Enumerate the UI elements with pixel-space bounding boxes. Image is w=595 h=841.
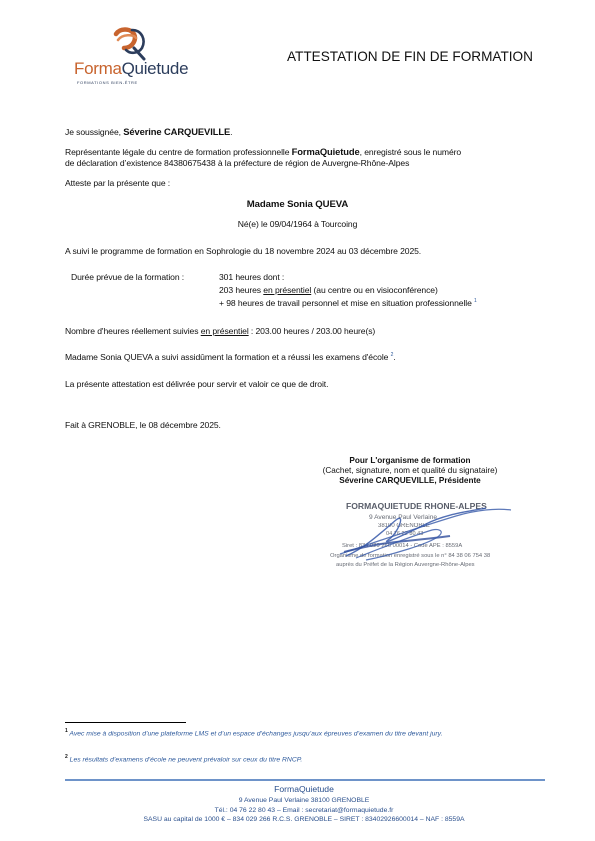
- footer-separator: [65, 779, 545, 781]
- footer-address: 9 Avenue Paul Verlaine 38100 GRENOBLE: [0, 797, 595, 804]
- hours-line: Nombre d'heures réellement suivies en pr…: [65, 326, 375, 336]
- hours-underlined: en présentiel: [201, 326, 249, 336]
- footnote-2: 2 Les résultats d’examens d’école ne peu…: [65, 754, 302, 763]
- company-stamp: FORMAQUIETUDE RHONE-ALPES 9 Avenue Paul …: [336, 498, 526, 580]
- trainee-name: Madame Sonia QUEVA: [0, 199, 595, 210]
- footnote-2-text: Les résultats d’examens d’école ne peuve…: [70, 756, 303, 763]
- footer-contact: Tél.: 04 76 22 80 43 – Email : secretari…: [0, 807, 595, 814]
- logo-quietude: Quietude: [122, 59, 189, 78]
- hours-value: : 203.00 heures / 203.00 heure(s): [249, 326, 376, 336]
- duration-personal-text: + 98 heures de travail personnel et mise…: [219, 298, 474, 308]
- signature-org-label: Pour L'organisme de formation: [290, 456, 530, 465]
- logo-q-icon: [110, 26, 150, 62]
- duration-total: 301 heures dont :: [219, 272, 284, 282]
- logo-tagline: FORMATIONS BIEN-ÊTRE: [77, 80, 138, 85]
- closing-line: La présente attestation est délivrée pou…: [65, 379, 328, 389]
- success-line: Madame Sonia QUEVA a suivi assidûment la…: [65, 352, 396, 362]
- duration-presential-prefix: 203 heures: [219, 285, 263, 295]
- handwritten-signature: [336, 498, 526, 580]
- duration-label: Durée prévue de la formation :: [71, 272, 184, 282]
- document-title: ATTESTATION DE FIN DE FORMATION: [287, 49, 533, 64]
- duration-presential-underlined: en présentiel: [263, 285, 311, 295]
- footnote-1-text: Avec mise à disposition d’une plateforme…: [69, 730, 442, 737]
- rep-prefix: Représentante légale du centre de format…: [65, 147, 292, 157]
- footer-company: FormaQuietude: [0, 784, 595, 794]
- footer-legal: SASU au capital de 1000 € – 834 029 266 …: [0, 816, 595, 823]
- duration-presential-suffix: (au centre ou en visioconférence): [311, 285, 438, 295]
- company-logo: FormaQuietude FORMATIONS BIEN-ÊTRE: [74, 26, 194, 90]
- trainee-birth: Né(e) le 09/04/1964 à Tourcoing: [0, 219, 595, 229]
- footnote-2-number: 2: [65, 754, 68, 760]
- logo-forma: Forma: [74, 59, 122, 78]
- signature-instructions: (Cachet, signature, nom et qualité du si…: [290, 466, 530, 475]
- footnote-1-number: 1: [65, 728, 68, 734]
- rep-suffix: , enregistré sous le numéro: [360, 147, 461, 157]
- intro-prefix: Je soussignée,: [65, 127, 123, 137]
- intro-suffix: .: [230, 127, 232, 137]
- duration-personal: + 98 heures de travail personnel et mise…: [219, 298, 477, 308]
- program-line: A suivi le programme de formation en Sop…: [65, 246, 421, 256]
- logo-wordmark: FormaQuietude: [74, 59, 188, 79]
- signature-name: Séverine CARQUEVILLE, Présidente: [290, 476, 530, 485]
- hours-prefix: Nombre d'heures réellement suivies: [65, 326, 201, 336]
- place-date: Fait à GRENOBLE, le 08 décembre 2025.: [65, 420, 221, 430]
- signatory-name: Séverine CARQUEVILLE: [123, 126, 230, 137]
- representative-line-1: Représentante légale du centre de format…: [65, 146, 461, 157]
- intro-line: Je soussignée, Séverine CARQUEVILLE.: [65, 126, 232, 137]
- footnote-1: 1 Avec mise à disposition d’une platefor…: [65, 728, 442, 737]
- footnote-separator: [65, 722, 186, 723]
- footnote-ref-1[interactable]: 1: [474, 298, 477, 304]
- representative-line-2: de déclaration d’existence 84380675438 à…: [65, 158, 409, 168]
- success-text: Madame Sonia QUEVA a suivi assidûment la…: [65, 352, 391, 362]
- duration-presential: 203 heures en présentiel (au centre ou e…: [219, 285, 438, 295]
- success-end: .: [393, 352, 395, 362]
- attests-line: Atteste par la présente que :: [65, 178, 170, 188]
- rep-org: FormaQuietude: [292, 146, 360, 157]
